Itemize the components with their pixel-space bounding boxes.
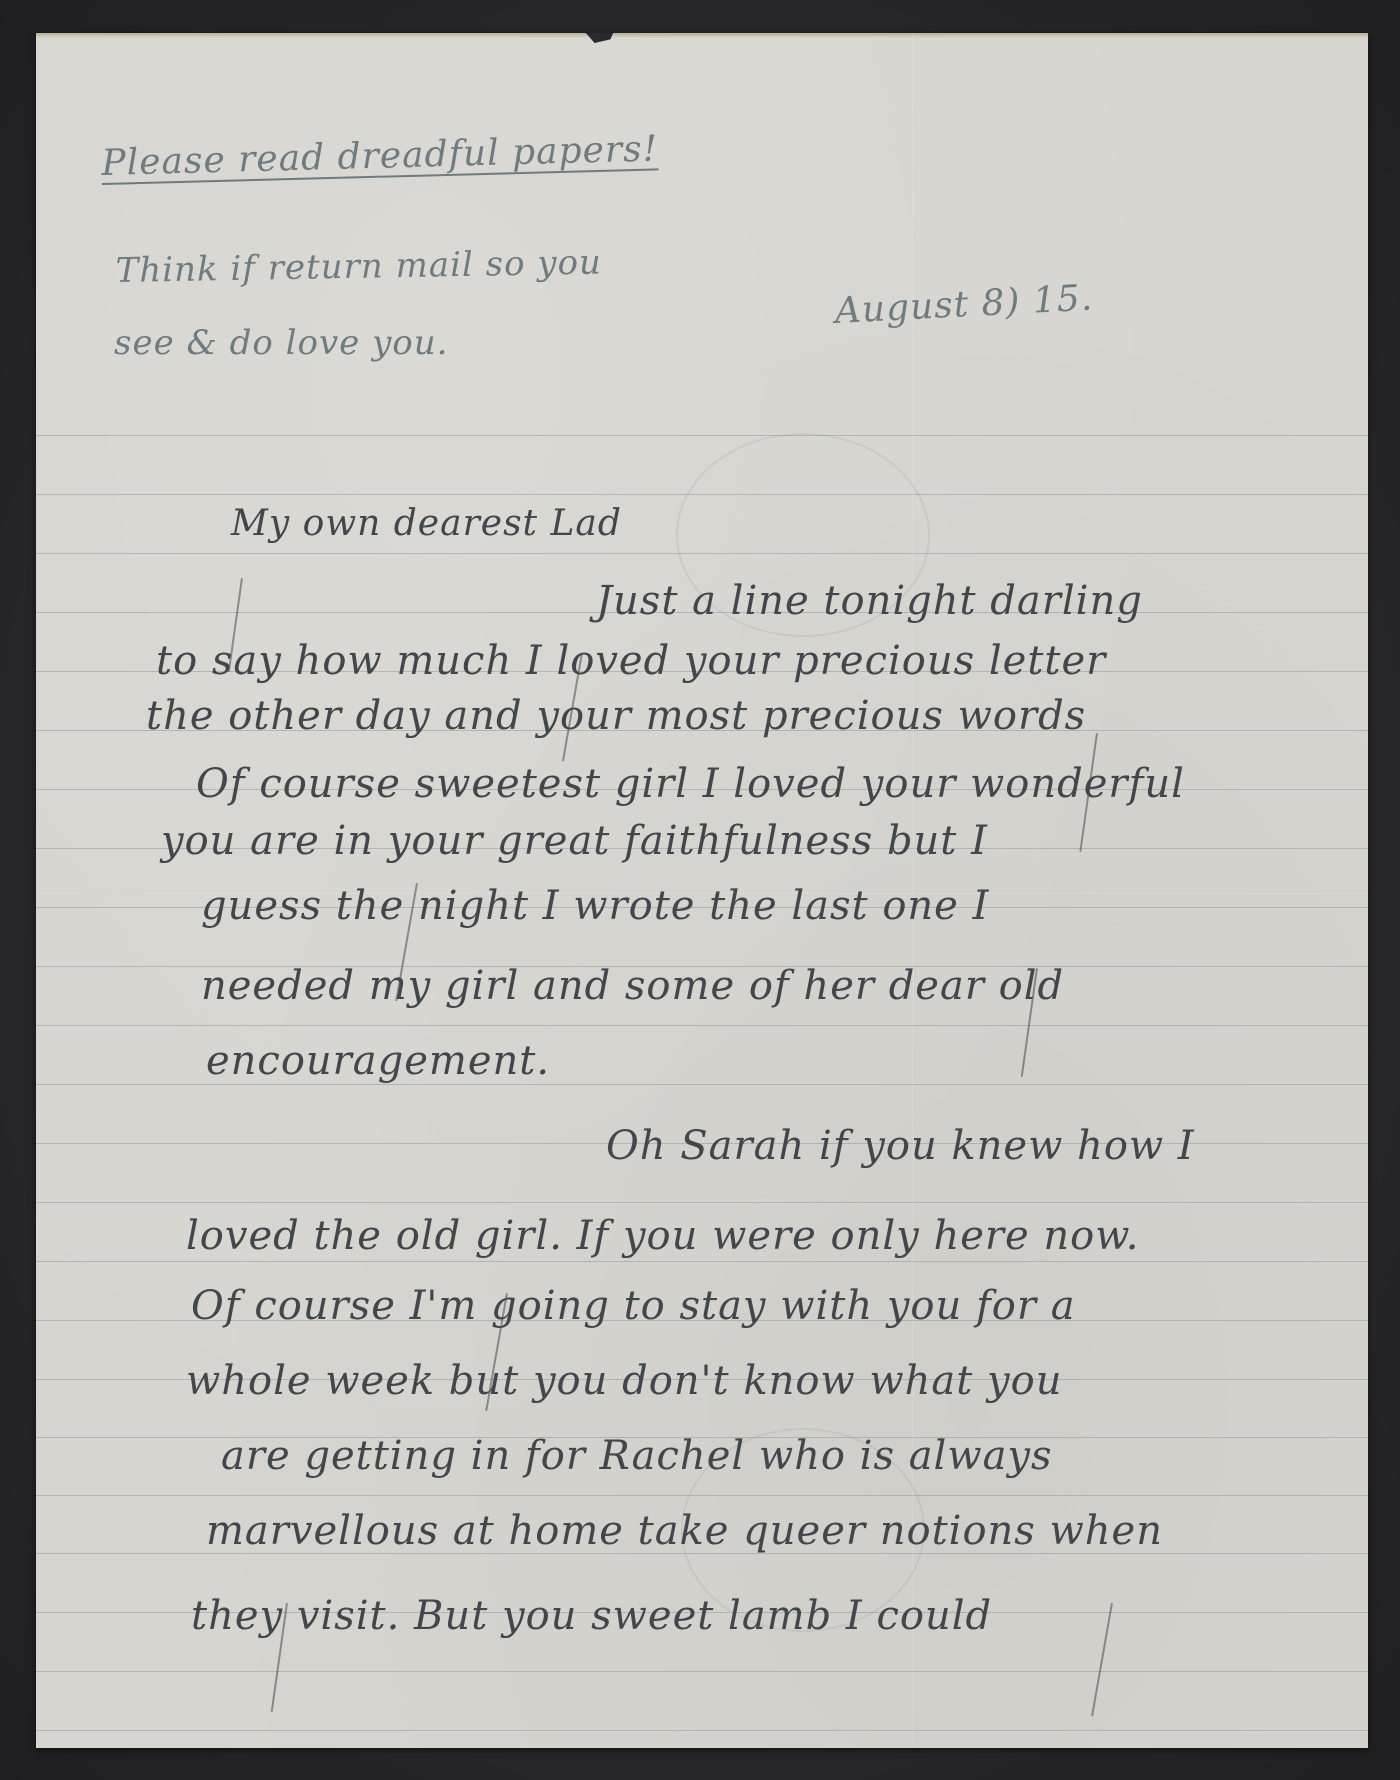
body-line: the other day and your most precious wor… [146, 693, 1086, 739]
body-line: are getting in for Rachel who is always [221, 1433, 1053, 1479]
postscript-line-3: see & do love you. [114, 323, 448, 363]
salutation: My own dearest Lad [231, 503, 622, 544]
body-line: Of course I'm going to stay with you for… [191, 1283, 1076, 1329]
ruled-line [36, 1671, 1368, 1672]
body-line: to say how much I loved your precious le… [156, 638, 1106, 684]
ruled-line [36, 435, 1368, 436]
body-line: you are in your great faithfulness but I [161, 818, 988, 864]
body-line: guess the night I wrote the last one I [201, 883, 989, 929]
ruled-line [36, 1025, 1368, 1026]
body-line: Of course sweetest girl I loved your won… [196, 761, 1185, 807]
paper-tear-notch [584, 33, 614, 43]
ruled-line [36, 1202, 1368, 1203]
postscript-line-1: Please read dreadful papers! [101, 128, 659, 184]
ruled-line [36, 1084, 1368, 1085]
pen-stroke [1091, 1603, 1113, 1717]
body-line: Just a line tonight darling [596, 578, 1143, 624]
body-line: whole week but you don't know what you [186, 1358, 1062, 1404]
paper-edge-stain [36, 33, 1368, 38]
body-line: they visit. But you sweet lamb I could [191, 1593, 992, 1639]
body-line: needed my girl and some of her dear old [201, 963, 1064, 1009]
letter-date: August 8) 15. [834, 278, 1094, 332]
body-line: encouragement. [206, 1038, 550, 1084]
body-line: Oh Sarah if you knew how I [606, 1123, 1195, 1169]
body-line: loved the old girl. If you were only her… [186, 1213, 1139, 1259]
ruled-line [36, 1730, 1368, 1731]
ruled-line [36, 1261, 1368, 1262]
postscript-line-2: Think if return mail so you [115, 243, 602, 291]
body-line: marvellous at home take queer notions wh… [206, 1508, 1163, 1554]
letter-page: Please read dreadful papers! Think if re… [36, 33, 1368, 1748]
